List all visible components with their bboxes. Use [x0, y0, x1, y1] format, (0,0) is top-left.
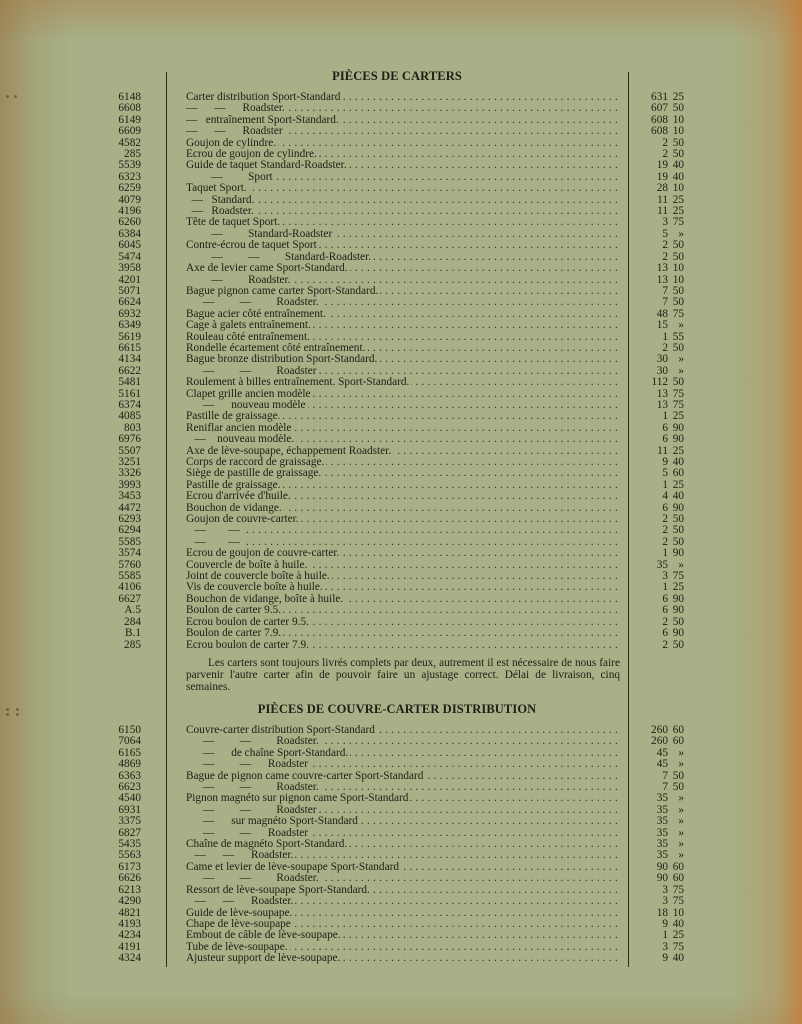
price-francs: 608: [642, 126, 668, 137]
binding-hole: [6, 708, 9, 711]
binding-hole: [6, 713, 9, 716]
part-description: Came et levier de lève-soupape Sport-Sta…: [186, 862, 618, 873]
part-description: — —: [186, 525, 618, 536]
part-number: 6045: [118, 240, 141, 251]
part-price: 9060: [640, 873, 684, 884]
price-francs: 35: [642, 816, 668, 827]
price-francs: 6: [642, 628, 668, 639]
table-row: A.5Boulon de carter 9.5.690: [0, 605, 802, 616]
part-description: — de chaîne Sport-Standard.: [186, 748, 618, 759]
part-description: Ecrou boulon de carter 9.5.: [186, 617, 618, 628]
price-francs: 3: [642, 896, 668, 907]
table-row: 3574Ecrou de goujon de couvre-carter.190: [0, 548, 802, 559]
part-number: 6609: [118, 126, 141, 137]
table-row: 6624 — — Roadster.750: [0, 297, 802, 308]
price-centimes: »: [668, 320, 684, 331]
part-number: 4324: [118, 953, 141, 964]
part-description: — nouveau modèle: [186, 400, 618, 411]
part-number: B.1: [125, 628, 141, 639]
part-description: — — Roadster.: [186, 896, 618, 907]
part-description: Couvercle de boîte à huile.: [186, 560, 618, 571]
part-price: 1310: [640, 263, 684, 274]
part-description: — Standard-Roadster: [186, 229, 618, 240]
part-description: Bouchon de vidange, boîte à huile.: [186, 594, 618, 605]
part-description: — Roadster.: [186, 206, 618, 217]
price-francs: 4: [642, 491, 668, 502]
price-centimes: 90: [668, 434, 684, 445]
part-description: — — Roadster: [186, 805, 618, 816]
part-price: 11250: [640, 377, 684, 388]
part-description: Ecrou de goujon de couvre-carter.: [186, 548, 618, 559]
part-description: Roulement à billes entraînement. Sport-S…: [186, 377, 618, 388]
table-row: 6045Contre-écrou de taquet Sport250: [0, 240, 802, 251]
price-francs: 2: [642, 640, 668, 651]
part-description: — — Roadster: [186, 366, 618, 377]
price-centimes: 10: [668, 263, 684, 274]
parts-list-carters: 6148Carter distribution Sport-Standard63…: [0, 92, 802, 651]
price-centimes: 10: [668, 183, 684, 194]
price-centimes: 50: [668, 240, 684, 251]
part-price: 2810: [640, 183, 684, 194]
part-number: 3375: [118, 816, 141, 827]
part-description: Pignon magnéto sur pignon came Sport-Sta…: [186, 793, 618, 804]
price-francs: 1: [642, 548, 668, 559]
part-description: Boulon de carter 7.9.: [186, 628, 618, 639]
part-price: 250: [640, 640, 684, 651]
table-row: 4234Embout de câble de lève-soupape.125: [0, 930, 802, 941]
part-number: A.5: [124, 605, 141, 616]
price-francs: 6: [642, 434, 668, 445]
price-centimes: 60: [668, 873, 684, 884]
part-description: Chaîne de magnéto Sport-Standard.: [186, 839, 618, 850]
table-row: 6259Taquet Sport.2810: [0, 183, 802, 194]
part-number: 5481: [118, 377, 141, 388]
part-number: 3574: [118, 548, 141, 559]
table-row: 285Ecrou boulon de carter 7.9.250: [0, 640, 802, 651]
table-row: 3958Axe de levier came Sport-Standard.13…: [0, 263, 802, 274]
part-description: Ecrou boulon de carter 7.9.: [186, 640, 618, 651]
part-description: Contre-écrou de taquet Sport: [186, 240, 618, 251]
part-description: — — Roadster.: [186, 297, 618, 308]
table-row: 3375 — sur magnéto Sport-Standard35»: [0, 816, 802, 827]
part-description: Bague bronze distribution Sport-Standard…: [186, 354, 618, 365]
part-number: 6349: [118, 320, 141, 331]
part-description: Axe de lève-soupape, échappement Roadste…: [186, 446, 618, 457]
part-description: Carter distribution Sport-Standard: [186, 92, 618, 103]
price-francs: 13: [642, 263, 668, 274]
part-description: — — Roadster: [186, 126, 618, 137]
part-description: Guide de taquet Standard-Roadster.: [186, 160, 618, 171]
part-description: — Roadster.: [186, 275, 618, 286]
table-row: B.1Boulon de carter 7.9.690: [0, 628, 802, 639]
parts-list-couvre-carter: 6150Couvre-carter distribution Sport-Sta…: [0, 725, 802, 965]
part-description: Axe de levier came Sport-Standard.: [186, 263, 618, 274]
part-number: 3958: [118, 263, 141, 274]
part-price: 690: [640, 605, 684, 616]
part-description: Rondelle écartement côté entraînement.: [186, 343, 618, 354]
part-description: Siège de pastille de graissage.: [186, 468, 618, 479]
binding-hole: [16, 708, 19, 711]
part-price: 375: [640, 896, 684, 907]
price-francs: 90: [642, 873, 668, 884]
price-centimes: »: [668, 816, 684, 827]
part-description: Ecrou de goujon de cylindre.: [186, 149, 618, 160]
part-number: 285: [124, 640, 141, 651]
part-description: — —: [186, 537, 618, 548]
part-description: Ressort de lève-soupape Sport-Standard.: [186, 885, 618, 896]
part-description: Rouleau côté entraînement.: [186, 332, 618, 343]
part-description: Goujon de cylindre.: [186, 138, 618, 149]
part-price: 250: [640, 240, 684, 251]
part-description: Taquet Sport.: [186, 183, 618, 194]
part-description: Corps de raccord de graissage.: [186, 457, 618, 468]
part-price: 35»: [640, 816, 684, 827]
table-row: 6976 — nouveau modèle.690: [0, 434, 802, 445]
price-francs: 6: [642, 605, 668, 616]
part-number: 3453: [118, 491, 141, 502]
part-description: — entraînement Sport-Standard.: [186, 115, 618, 126]
section-title-couvre-carter: PIÈCES DE COUVRE-CARTER DISTRIBUTION: [166, 702, 628, 717]
part-description: Boulon de carter 9.5.: [186, 605, 618, 616]
part-description: Reniflar ancien modèle: [186, 423, 618, 434]
part-description: — Sport: [186, 172, 618, 183]
price-centimes: 40: [668, 953, 684, 964]
part-description: — sur magnéto Sport-Standard: [186, 816, 618, 827]
price-francs: 15: [642, 320, 668, 331]
part-description: Bague de pignon came couvre-carter Sport…: [186, 771, 618, 782]
part-description: — — Roadster: [186, 759, 618, 770]
part-number: 6626: [118, 873, 141, 884]
part-description: — — Roadster.: [186, 873, 618, 884]
price-centimes: »: [668, 759, 684, 770]
catalog-page: PIÈCES DE CARTERS 6148Carter distributio…: [0, 0, 802, 1024]
part-description: Tube de lève-soupape.: [186, 942, 618, 953]
part-description: — — Standard-Roadster.: [186, 252, 618, 263]
part-price: 15»: [640, 320, 684, 331]
part-price: 690: [640, 434, 684, 445]
delivery-note: Les carters sont toujours livrés complet…: [186, 657, 620, 694]
part-description: — — Roadster.: [186, 103, 618, 114]
part-price: 440: [640, 491, 684, 502]
price-francs: 2: [642, 240, 668, 251]
part-price: 690: [640, 628, 684, 639]
part-description: Bague acier côté entraînement.: [186, 309, 618, 320]
table-row: 4324Ajusteur support de lève-soupape.940: [0, 953, 802, 964]
price-centimes: 50: [668, 377, 684, 388]
part-price: 190: [640, 548, 684, 559]
table-row: 6609— — Roadster60810: [0, 126, 802, 137]
price-francs: 28: [642, 183, 668, 194]
part-description: Cage à galets entraînement.: [186, 320, 618, 331]
part-number: 6976: [118, 434, 141, 445]
part-description: Couvre-carter distribution Sport-Standar…: [186, 725, 618, 736]
part-price: 45»: [640, 759, 684, 770]
binding-hole: [16, 713, 19, 716]
part-description: Chape de lève-soupape: [186, 919, 618, 930]
price-centimes: 75: [668, 896, 684, 907]
binding-hole: [6, 95, 9, 98]
table-row: 6349Cage à galets entraînement.15»: [0, 320, 802, 331]
part-description: Bague pignon came carter Sport-Standard.: [186, 286, 618, 297]
part-description: Joint de couvercle boîte à huile.: [186, 571, 618, 582]
part-description: Pastille de graissage.: [186, 480, 618, 491]
part-price: 940: [640, 953, 684, 964]
binding-hole: [14, 95, 17, 98]
section-title-carters: PIÈCES DE CARTERS: [166, 69, 628, 84]
part-number: 4290: [118, 896, 141, 907]
part-description: Tête de taquet Sport.: [186, 217, 618, 228]
part-description: — Standard.: [186, 195, 618, 206]
price-centimes: 90: [668, 628, 684, 639]
part-description: Goujon de couvre-carter.: [186, 514, 618, 525]
price-centimes: 10: [668, 126, 684, 137]
price-centimes: 90: [668, 605, 684, 616]
table-row: 4290 — — Roadster.375: [0, 896, 802, 907]
part-description: Clapet grille ancien modèle: [186, 389, 618, 400]
part-description: — — Roadster.: [186, 850, 618, 861]
part-description: Bouchon de vidange.: [186, 503, 618, 514]
part-description: Ecrou d'arrivée d'huile.: [186, 491, 618, 502]
part-description: Pastille de graissage.: [186, 411, 618, 422]
price-centimes: 50: [668, 640, 684, 651]
table-row: 3453Ecrou d'arrivée d'huile.440: [0, 491, 802, 502]
price-francs: 9: [642, 953, 668, 964]
part-number: 4869: [118, 759, 141, 770]
part-description: — nouveau modèle.: [186, 434, 618, 445]
table-row: 4869 — — Roadster45»: [0, 759, 802, 770]
part-description: — — Roadster: [186, 828, 618, 839]
table-row: 6626 — — Roadster.9060: [0, 873, 802, 884]
price-centimes: 40: [668, 491, 684, 502]
part-description: Ajusteur support de lève-soupape.: [186, 953, 618, 964]
part-price: 60810: [640, 126, 684, 137]
part-description: — — Roadster.: [186, 782, 618, 793]
part-description: Guide de lève-soupape.: [186, 908, 618, 919]
table-row: 5481Roulement à billes entraînement. Spo…: [0, 377, 802, 388]
part-description: Vis de couvercle boîte à huile.: [186, 582, 618, 593]
part-description: Embout de câble de lève-soupape.: [186, 930, 618, 941]
price-francs: 45: [642, 759, 668, 770]
price-francs: 112: [642, 377, 668, 388]
part-number: 6259: [118, 183, 141, 194]
price-centimes: 90: [668, 548, 684, 559]
part-description: — — Roadster.: [186, 736, 618, 747]
